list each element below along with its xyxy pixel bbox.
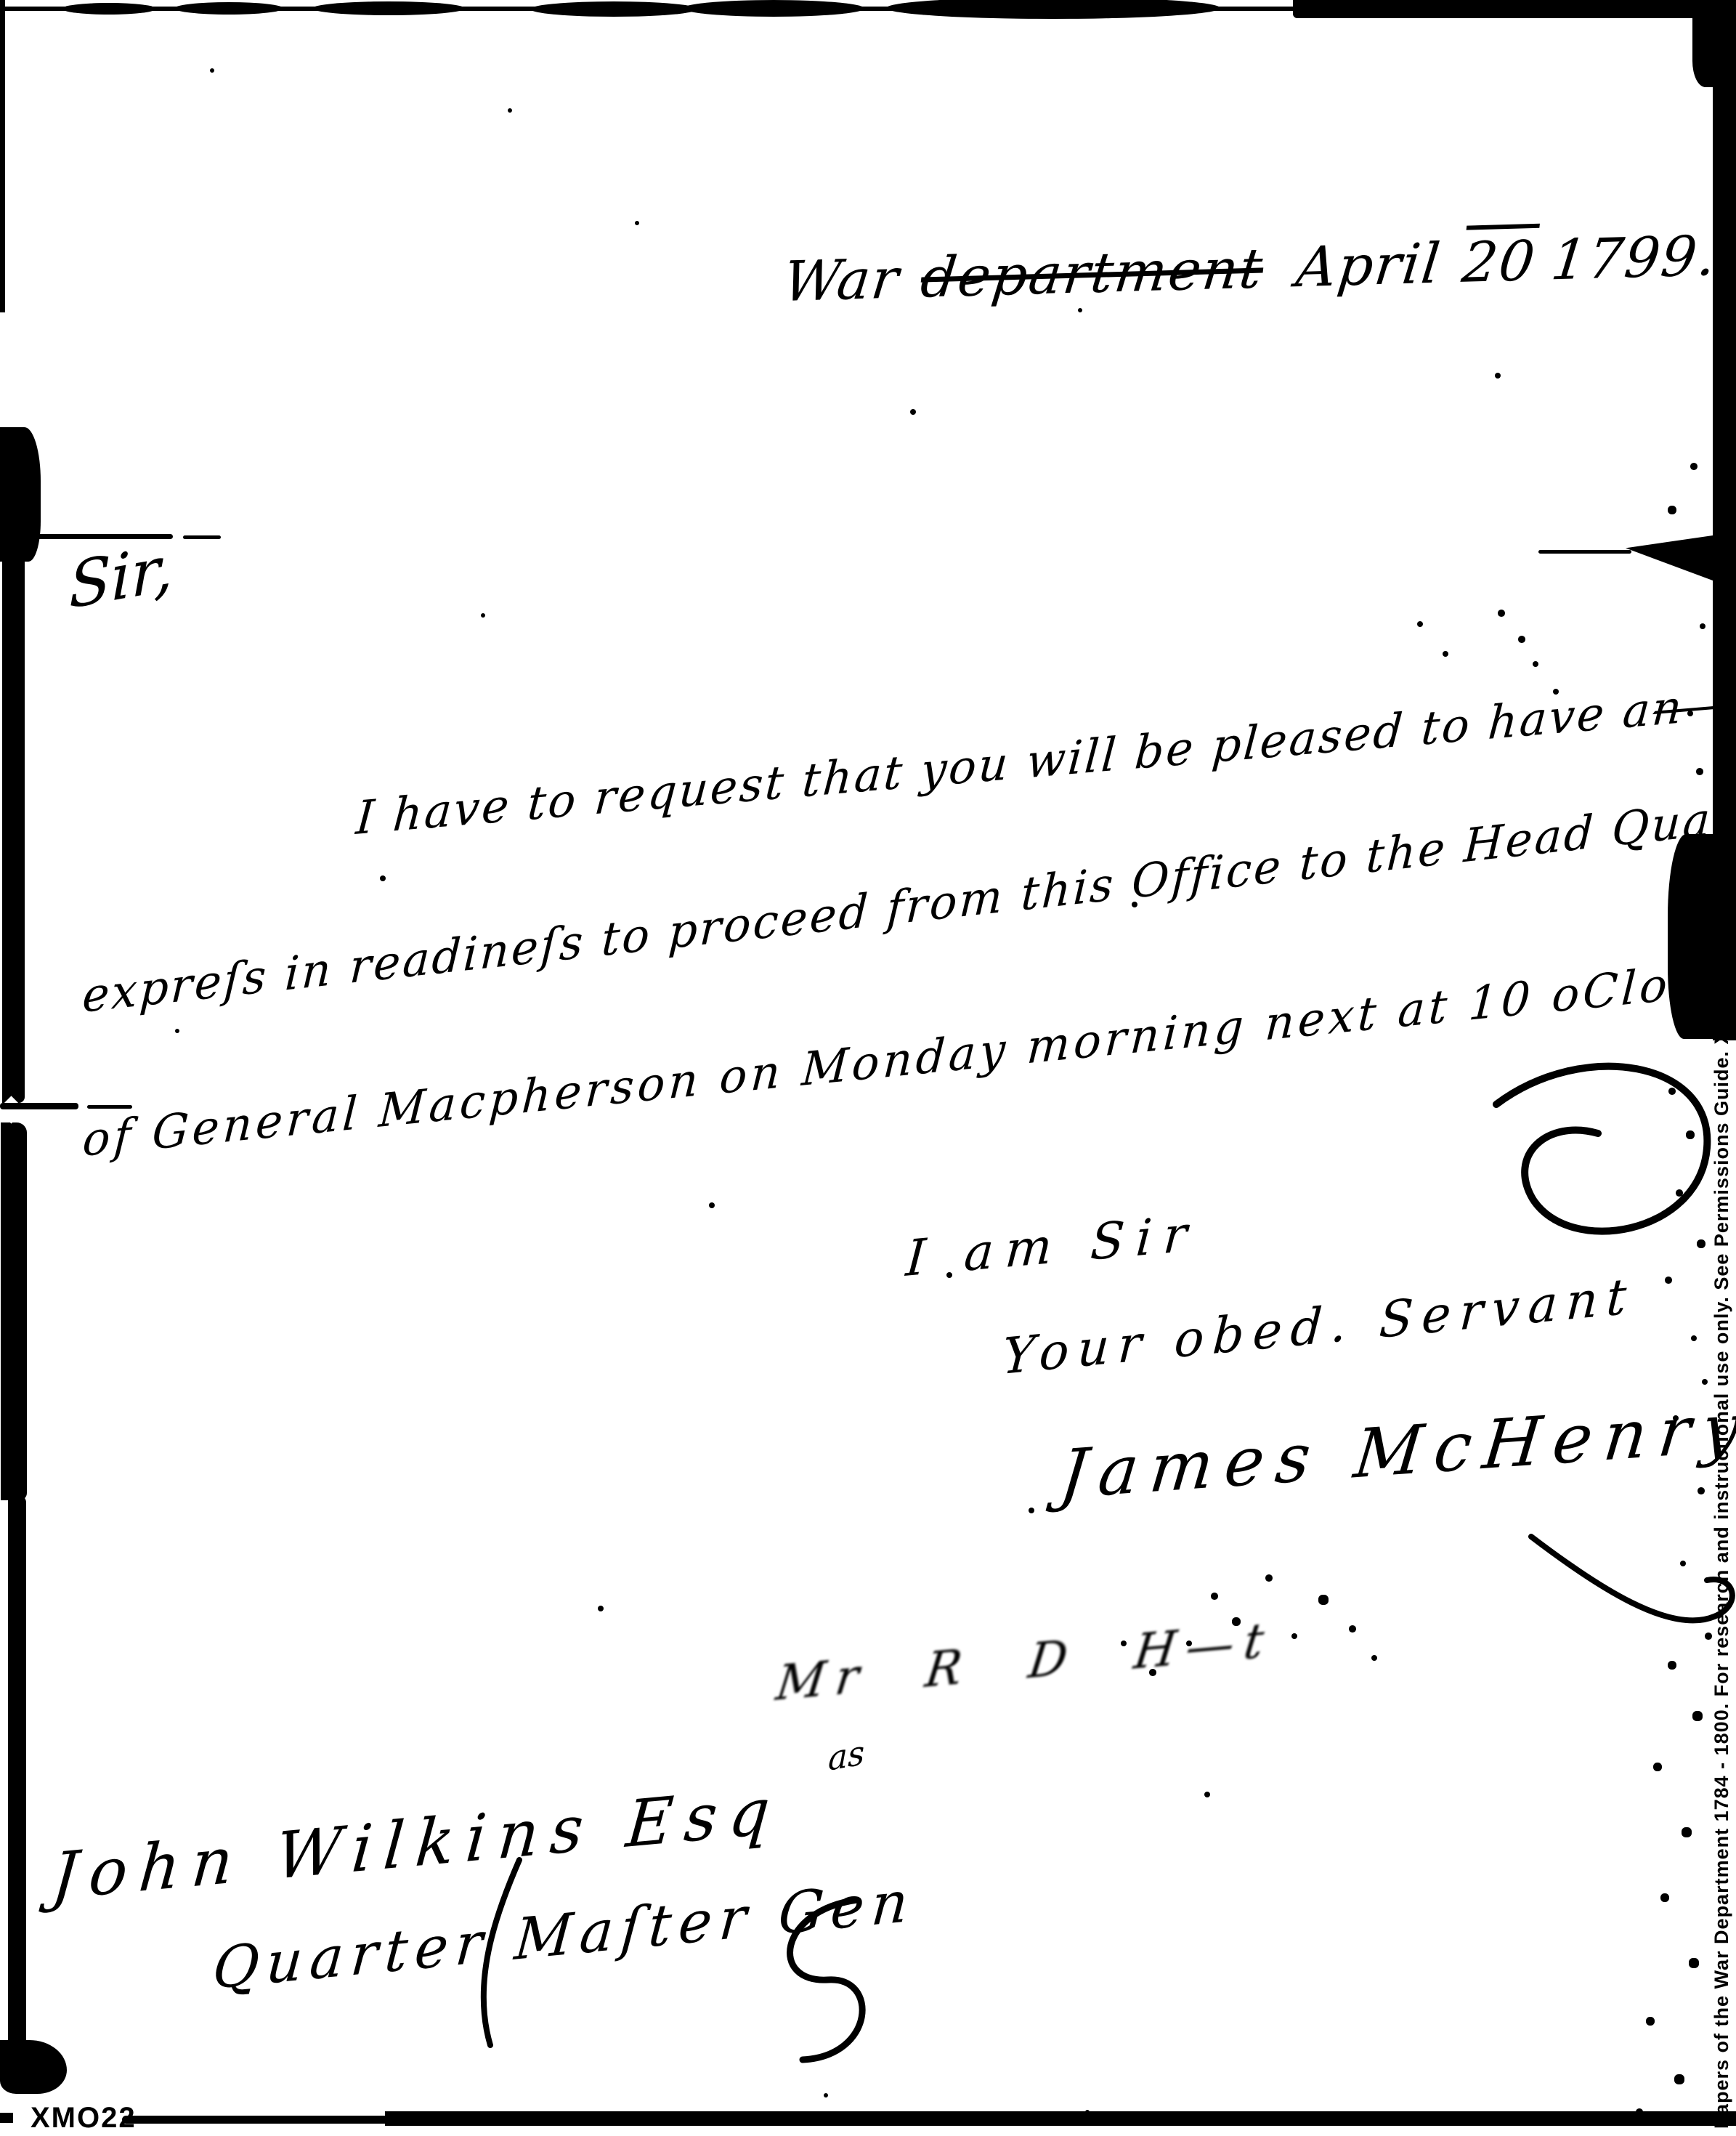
scan-edge-top-bump: [683, 0, 864, 17]
scan-edge-top-bump: [62, 3, 156, 15]
scan-edge-left-hook: [0, 2040, 67, 2094]
scan-fold-wedge-right: [1626, 535, 1713, 580]
scan-bottom-bar: [385, 2111, 1736, 2126]
quartermaster-flourish-stroke: [734, 1889, 879, 2071]
closing-line-1: I am Sir: [904, 1209, 1200, 1285]
oclock-flourish-stroke: [1482, 1017, 1736, 1279]
signature-tail-stroke: [1525, 1508, 1736, 1682]
scan-fold-streak-left: [0, 1103, 78, 1109]
scan-edge-left-band: [1, 1122, 27, 1500]
scan-fold-streak-left: [87, 1105, 132, 1109]
closing-line-2: Your obed. Servant: [1001, 1271, 1636, 1383]
heading-date-year: 1799.: [1548, 223, 1721, 293]
heading-place-word: War: [780, 246, 903, 314]
address-line-1: John Wilkins Esq: [49, 1779, 784, 1909]
scan-edge-top-bump: [312, 1, 465, 15]
scan-edge-top-thick: [1293, 0, 1736, 18]
scan-edge-left-band: [2, 543, 25, 1103]
esq-descender-stroke: [450, 1853, 538, 2056]
heading-date-month: April: [1293, 230, 1444, 299]
scan-edge-top-bump: [530, 1, 697, 17]
salutation: Sir,: [69, 536, 173, 618]
letter-heading: WardepartmentApril201799.: [781, 228, 1720, 310]
scan-edge-left-line: [0, 0, 5, 312]
scan-edge-left-band: [8, 1495, 26, 2087]
scan-edge-top-bump: [174, 2, 283, 15]
signature-james-mchenry: James McHenry: [1057, 1393, 1736, 1509]
heading-date-day: 20: [1459, 228, 1540, 295]
heading-place-word-struck: department: [917, 235, 1267, 310]
body-line-1-dash: —: [1644, 671, 1736, 733]
archive-corner-label: XMO22: [31, 2102, 137, 2135]
scan-noise-specks: [0, 0, 3, 3]
scan-edge-top-bump: [886, 0, 1220, 19]
illegible-scribble: Mr R D H—t: [774, 1616, 1276, 1708]
archive-sidebar-stamp: Papers of the War Department 1784 - 1800…: [1711, 974, 1733, 2129]
scanned-letter-page: WardepartmentApril201799. Sir, I have to…: [0, 0, 1736, 2136]
scan-edge-left-blob: [0, 427, 41, 562]
illegible-scribble-small: as: [828, 1735, 864, 1776]
scan-edge-right-band: [1713, 0, 1736, 1040]
scan-fold-streak-left: [183, 535, 221, 539]
scan-bottom-left-tick: [0, 2113, 13, 2123]
scan-corner-top-right: [1692, 0, 1736, 87]
scan-fold-streak-right: [1538, 550, 1631, 554]
scan-bottom-bar: [122, 2116, 413, 2124]
